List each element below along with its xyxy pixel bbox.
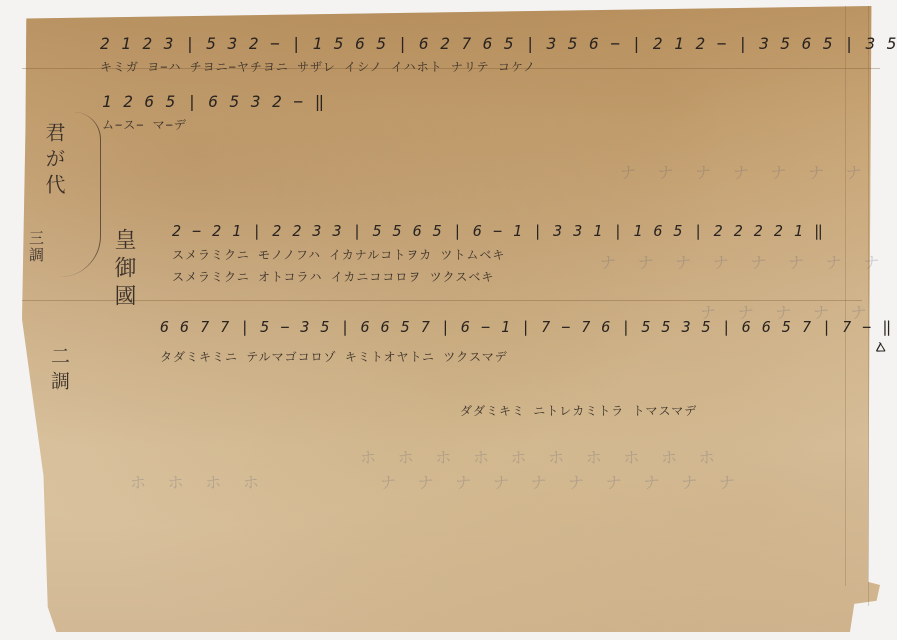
- paper-fold-line: [845, 6, 846, 586]
- section-key-label: 二調: [46, 346, 73, 396]
- bleed-through-text: ナ ナ ナ ナ ナ ナ ナ: [620, 160, 868, 183]
- bleed-through-text: ナ ナ ナ ナ ナ ナ ナ ナ ナ ナ: [380, 470, 741, 493]
- score-line-lyrics: ム−ス− マ−デ: [102, 116, 187, 133]
- score-line-lyrics-verse2: ダダミキミ ニトレカミトラ トマスマデ: [460, 402, 697, 419]
- section-title-sumemikuni: 皇御國: [108, 228, 139, 312]
- bleed-through-text: ナ ナ ナ ナ ナ ナ ナ ナ: [600, 250, 885, 273]
- score-line-lyrics: キミガ ヨ−ハ チヨニ−ヤチヨニ サザレ イシノ イハホト ナリテ コケノ: [100, 58, 536, 75]
- edge-mark: ㅿ: [872, 334, 890, 360]
- song-key-label: 三調: [26, 230, 47, 264]
- score-line-lyrics-verse1: タダミキミニ テルマゴコロゾ キミトオヤトニ ツクスマデ: [160, 348, 508, 365]
- bleed-through-text: ホ ホ ホ ホ ホ ホ ホ ホ ホ ホ: [360, 445, 721, 468]
- score-line-notes: 2 − 2 1 | 2 2 3 3 | 5 5 6 5 | 6 − 1 | 3 …: [172, 222, 824, 240]
- song-title-kimigayo: 君が代: [40, 122, 69, 200]
- score-line-notes: 1 2 6 5 | 6 5 3 2 − ‖: [102, 92, 325, 111]
- score-line-lyrics-verse2: スメラミクニ オトコラハ イカニココロヲ ツクスベキ: [172, 268, 494, 285]
- score-line-notes: 6 6 7 7 | 5 − 3 5 | 6 6 5 7 | 6 − 1 | 7 …: [160, 318, 892, 336]
- score-line-lyrics-verse1: スメラミクニ モノノフハ イカナルコトヲカ ツトムベキ: [172, 246, 505, 263]
- score-line-notes: 2 1 2 3 | 5 3 2 − | 1 5 6 5 | 6 2 7 6 5 …: [100, 34, 897, 53]
- bleed-through-text: ホ ホ ホ ホ: [130, 470, 265, 493]
